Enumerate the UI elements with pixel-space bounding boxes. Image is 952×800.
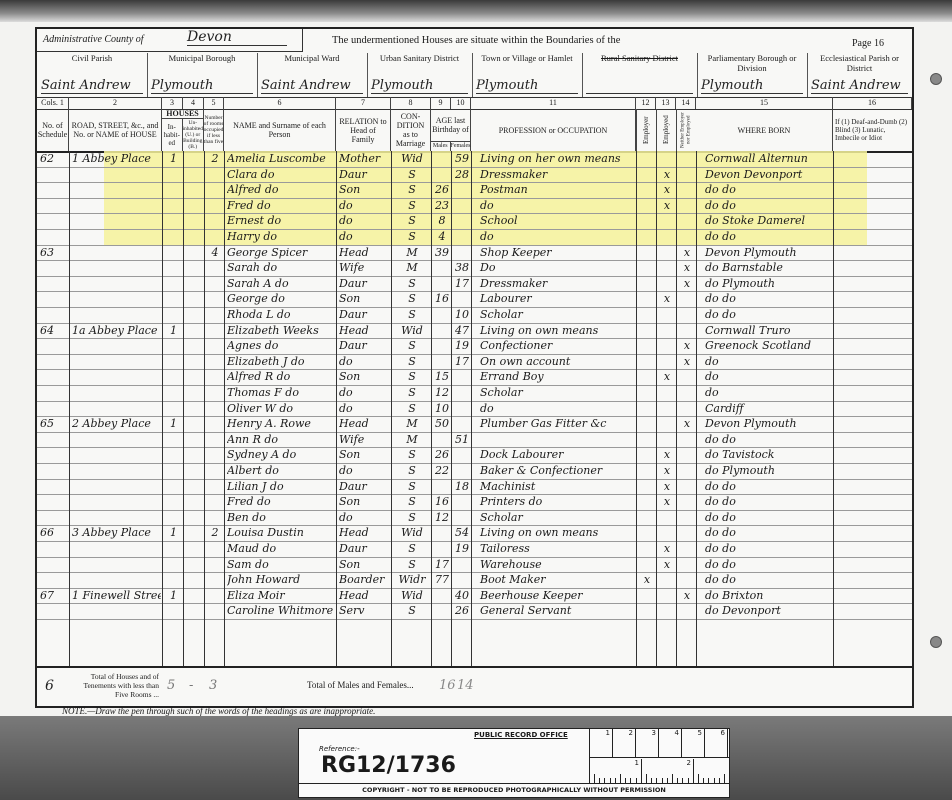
- cell-f: 38: [454, 260, 470, 276]
- cell-neit: x: [679, 260, 695, 276]
- cell-rel: Head: [339, 323, 390, 339]
- cell-neit: [679, 447, 695, 463]
- census-entry-row: Ben dodoS12Scholardo do: [37, 510, 912, 527]
- cell-sched: 65: [40, 416, 68, 432]
- cell-rooms: [207, 479, 223, 495]
- cell-m: 15: [434, 369, 450, 385]
- cell-emp: [639, 369, 655, 385]
- column-number: 7: [336, 97, 391, 109]
- cell-name: Fred do: [227, 494, 335, 510]
- cell-empd: x: [659, 369, 675, 385]
- cell-m: [434, 432, 450, 448]
- census-entry-row: Maud doDaurS19Tailoressxdo do: [37, 541, 912, 558]
- cell-sched: [40, 229, 68, 245]
- town-label: Town or Village or Hamlet: [472, 53, 582, 63]
- cell-emp: [639, 463, 655, 479]
- cell-name: Rhoda L do: [227, 307, 335, 323]
- totals-row: 6 Total of Houses and of Tenements with …: [37, 666, 912, 706]
- cell-empd: x: [659, 463, 675, 479]
- cell-occ: Postman: [474, 182, 641, 198]
- cell-born: do do: [699, 479, 838, 495]
- cell-neit: [679, 510, 695, 526]
- cell-name: Eliza Moir: [227, 588, 335, 604]
- cell-name: George Spicer: [227, 245, 335, 261]
- census-entry-row: 663 Abbey Place12Louisa DustinHeadWid54L…: [37, 525, 912, 542]
- cell-inh: [165, 260, 182, 276]
- cell-born: Devon Plymouth: [699, 416, 838, 432]
- cell-born: do: [699, 369, 838, 385]
- cell-neit: [679, 198, 695, 214]
- cell-inh: [165, 182, 182, 198]
- cell-m: 50: [434, 416, 450, 432]
- cell-rel: Head: [339, 588, 390, 604]
- cell-road: [72, 245, 161, 261]
- cell-rooms: [207, 198, 223, 214]
- col-employed: Employed: [656, 109, 676, 151]
- cell-emp: [639, 229, 655, 245]
- cell-occ: Warehouse: [474, 557, 641, 573]
- cell-f: 54: [454, 525, 470, 541]
- cell-empd: [659, 510, 675, 526]
- cell-m: 10: [434, 401, 450, 417]
- cell-empd: x: [659, 541, 675, 557]
- cell-emp: [639, 525, 655, 541]
- cell-inh: [165, 276, 182, 292]
- cell-neit: [679, 401, 695, 417]
- cell-occ: Plumber Gas Fitter &c: [474, 416, 641, 432]
- cell-occ: Errand Boy: [474, 369, 641, 385]
- civil-parish-value: Saint Andrew: [41, 78, 143, 94]
- reference-code: RG12/1736: [321, 753, 456, 778]
- col-schedule: No. of Schedule: [37, 109, 69, 151]
- scale-tick: [708, 778, 709, 783]
- cell-born: do do: [699, 182, 838, 198]
- cell-road: [72, 432, 161, 448]
- census-entry-row: Elizabeth J dodoS17On own accountxdo: [37, 354, 912, 371]
- cell-emp: [639, 557, 655, 573]
- cell-neit: x: [679, 245, 695, 261]
- cell-rel: Son: [339, 369, 390, 385]
- scale-tick: [636, 778, 637, 783]
- cell-rel: Daur: [339, 479, 390, 495]
- cell-m: 12: [434, 510, 450, 526]
- scale-tick: [641, 778, 642, 783]
- cell-rel: do: [339, 354, 390, 370]
- scale-tick: [615, 778, 616, 783]
- cell-sched: [40, 557, 68, 573]
- cell-empd: [659, 323, 675, 339]
- column-rule: [69, 151, 70, 666]
- cell-emp: [639, 432, 655, 448]
- cell-emp: [639, 323, 655, 339]
- cell-m: 23: [434, 198, 450, 214]
- cell-rooms: [207, 291, 223, 307]
- scale-tick: [594, 774, 595, 783]
- cell-born: Cardiff: [699, 401, 838, 417]
- ecclesiastical-parish: Ecclesiastical Parish or DistrictSaint A…: [807, 53, 912, 97]
- cell-f: [454, 557, 470, 573]
- civil-parish: Civil ParishSaint Andrew: [37, 53, 148, 97]
- scale-tick: [719, 778, 720, 783]
- cell-inh: [165, 432, 182, 448]
- cell-born: do do: [699, 557, 838, 573]
- scale-tick: [667, 778, 668, 783]
- cell-empd: [659, 525, 675, 541]
- cell-rooms: [207, 541, 223, 557]
- column-rule: [696, 151, 697, 666]
- cell-name: Elizabeth Weeks: [227, 323, 335, 339]
- cell-m: 22: [434, 463, 450, 479]
- cell-born: do: [699, 385, 838, 401]
- cell-sched: [40, 401, 68, 417]
- cell-name: Louisa Dustin: [227, 525, 335, 541]
- cell-occ: On own account: [474, 354, 641, 370]
- cell-rel: Son: [339, 557, 390, 573]
- scale-tick: [714, 778, 715, 783]
- cell-neit: [679, 151, 695, 167]
- municipal-ward-label: Municipal Ward: [257, 53, 367, 63]
- cell-rel: do: [339, 385, 390, 401]
- cell-road: [72, 198, 161, 214]
- cell-f: [454, 494, 470, 510]
- cell-neit: [679, 494, 695, 510]
- scale-mark: 2: [642, 759, 694, 783]
- cell-name: Alfred do: [227, 182, 335, 198]
- col-males: Males: [431, 142, 451, 151]
- column-number: 8: [391, 97, 431, 109]
- cell-road: [72, 307, 161, 323]
- houses-label: HOUSES: [162, 109, 203, 119]
- cell-neit: [679, 432, 695, 448]
- municipal-ward-value: Saint Andrew: [261, 78, 363, 94]
- cell-cond: S: [394, 557, 430, 573]
- cell-rooms: [207, 182, 223, 198]
- cell-cond: S: [394, 385, 430, 401]
- cell-road: 3 Abbey Place: [72, 525, 161, 541]
- cell-neit: [679, 307, 695, 323]
- cell-rooms: [207, 557, 223, 573]
- cell-occ: Tailoress: [474, 541, 641, 557]
- column-rule: [336, 151, 337, 666]
- cell-road: [72, 338, 161, 354]
- cell-neit: [679, 291, 695, 307]
- cell-neit: [679, 213, 695, 229]
- cell-neit: x: [679, 416, 695, 432]
- census-entry-row: Lilian J doDaurS18Machinistxdo do: [37, 479, 912, 496]
- cell-born: do do: [699, 307, 838, 323]
- cell-emp: [639, 401, 655, 417]
- age-label: AGE last Birthday of: [431, 109, 470, 141]
- cell-road: [72, 572, 161, 588]
- cell-born: do do: [699, 510, 838, 526]
- cell-empd: [659, 151, 675, 167]
- cell-f: [454, 245, 470, 261]
- cell-name: Ernest do: [227, 213, 335, 229]
- col-where-born: WHERE BORN: [696, 109, 833, 151]
- cell-occ: Shop Keeper: [474, 245, 641, 261]
- cell-cond: S: [394, 463, 430, 479]
- cell-rooms: [207, 260, 223, 276]
- cell-rooms: [207, 588, 223, 604]
- cell-rooms: [207, 401, 223, 417]
- record-office: PUBLIC RECORD OFFICE: [474, 731, 568, 739]
- cell-emp: [639, 198, 655, 214]
- scale-tick: [646, 774, 647, 783]
- cell-born: do Tavistock: [699, 447, 838, 463]
- cell-f: 17: [454, 276, 470, 292]
- reference-label: PUBLIC RECORD OFFICE Reference:- RG12/17…: [298, 728, 730, 798]
- urban-sanitary-label: Urban Sanitary District: [367, 53, 472, 63]
- town-value: Plymouth: [476, 78, 578, 94]
- column-rule: [656, 151, 657, 666]
- census-entry-row: 652 Abbey Place1Henry A. RoweHeadM50Plum…: [37, 416, 912, 433]
- cell-m: [434, 479, 450, 495]
- cell-f: 10: [454, 307, 470, 323]
- cell-born: Cornwall Truro: [699, 323, 838, 339]
- column-number: 12: [636, 97, 656, 109]
- cell-m: 17: [434, 557, 450, 573]
- cell-rooms: [207, 494, 223, 510]
- town: Town or Village or HamletPlymouth: [472, 53, 583, 97]
- parliamentary-borough: Parliamentary Borough or DivisionPlymout…: [697, 53, 808, 97]
- municipal-ward: Municipal WardSaint Andrew: [257, 53, 368, 97]
- cell-empd: [659, 229, 675, 245]
- ecclesiastical-parish-value: Saint Andrew: [811, 78, 908, 94]
- census-entry-row: 641a Abbey Place1Elizabeth WeeksHeadWid4…: [37, 323, 912, 340]
- scale-mark: 3: [636, 729, 659, 757]
- cell-sched: 67: [40, 588, 68, 604]
- cell-name: George do: [227, 291, 335, 307]
- cell-neit: [679, 323, 695, 339]
- cell-born: do do: [699, 198, 838, 214]
- cell-m: 26: [434, 182, 450, 198]
- cell-m: 39: [434, 245, 450, 261]
- census-entry-row: Caroline WhitmoreServS26General Servantd…: [37, 603, 912, 620]
- cell-empd: x: [659, 182, 675, 198]
- cell-f: 19: [454, 338, 470, 354]
- punch-hole-bottom: [930, 636, 942, 648]
- cell-m: [434, 541, 450, 557]
- col-inhabited: In-habit-ed: [162, 119, 183, 151]
- cell-rel: Son: [339, 291, 390, 307]
- census-entry-row: Thomas F dodoS12Scholardo: [37, 385, 912, 402]
- cell-occ: Scholar: [474, 307, 641, 323]
- cell-inh: 1: [165, 416, 182, 432]
- cell-m: [434, 603, 450, 619]
- cell-road: [72, 167, 161, 183]
- column-rule: [833, 151, 834, 666]
- cell-f: [454, 291, 470, 307]
- cell-name: Ann R do: [227, 432, 335, 448]
- cell-neit: [679, 525, 695, 541]
- total-males: 16: [439, 678, 456, 693]
- census-entry-row: Alfred R doSonS15Errand Boyxdo: [37, 369, 912, 386]
- cell-rel: Son: [339, 447, 390, 463]
- cell-m: 26: [434, 447, 450, 463]
- cell-born: do do: [699, 494, 838, 510]
- county-header: Administrative County of Devon The under…: [37, 29, 912, 53]
- cell-m: 4: [434, 229, 450, 245]
- cell-road: [72, 494, 161, 510]
- cell-cond: S: [394, 541, 430, 557]
- total-inhabited: 5: [167, 678, 175, 693]
- column-rule: [431, 151, 432, 666]
- cell-inh: [165, 198, 182, 214]
- col-infirmity: If (1) Deaf-and-Dumb (2) Blind (3) Lunat…: [833, 109, 912, 151]
- cell-name: Ben do: [227, 510, 335, 526]
- cell-m: 12: [434, 385, 450, 401]
- cell-cond: S: [394, 229, 430, 245]
- cell-m: [434, 323, 450, 339]
- cell-inh: 1: [165, 525, 182, 541]
- cell-empd: x: [659, 198, 675, 214]
- column-rule: [676, 151, 677, 666]
- cell-name: Amelia Luscombe: [227, 151, 335, 167]
- punch-hole-top: [930, 73, 942, 85]
- cell-road: [72, 463, 161, 479]
- cell-neit: [679, 369, 695, 385]
- cell-empd: [659, 432, 675, 448]
- cell-name: Sam do: [227, 557, 335, 573]
- cell-cond: M: [394, 260, 430, 276]
- cell-sched: [40, 369, 68, 385]
- cell-cond: S: [394, 479, 430, 495]
- cell-empd: [659, 354, 675, 370]
- cell-born: Devon Devonport: [699, 167, 838, 183]
- column-rule: [636, 151, 637, 666]
- cell-inh: [165, 385, 182, 401]
- cell-road: [72, 229, 161, 245]
- cell-name: Sydney A do: [227, 447, 335, 463]
- cell-m: 8: [434, 213, 450, 229]
- census-entry-row: George doSonS16Labourerxdo do: [37, 291, 912, 308]
- cell-rooms: [207, 229, 223, 245]
- column-number: 10: [451, 97, 471, 109]
- cell-born: do Devonport: [699, 603, 838, 619]
- column-rule: [391, 151, 392, 666]
- cell-sched: [40, 338, 68, 354]
- cell-cond: S: [394, 167, 430, 183]
- cell-rel: Daur: [339, 167, 390, 183]
- census-entry-row: Ann R doWifeM51do do: [37, 432, 912, 449]
- column-headings: No. of Schedule ROAD, STREET, &c., and N…: [37, 109, 912, 153]
- cell-rooms: [207, 323, 223, 339]
- cell-sched: [40, 494, 68, 510]
- cell-name: Elizabeth J do: [227, 354, 335, 370]
- cell-name: Fred do: [227, 198, 335, 214]
- cell-rooms: 2: [207, 525, 223, 541]
- cell-f: 26: [454, 603, 470, 619]
- cell-sched: [40, 572, 68, 588]
- cell-empd: x: [659, 479, 675, 495]
- cell-rel: Son: [339, 182, 390, 198]
- cell-inh: [165, 494, 182, 510]
- cell-emp: [639, 479, 655, 495]
- col-employer: Employer: [636, 109, 656, 151]
- cell-emp: [639, 338, 655, 354]
- cell-name: Clara do: [227, 167, 335, 183]
- cell-cond: S: [394, 338, 430, 354]
- cell-name: Albert do: [227, 463, 335, 479]
- cell-cond: M: [394, 245, 430, 261]
- cell-emp: [639, 213, 655, 229]
- cell-inh: [165, 338, 182, 354]
- cell-road: [72, 385, 161, 401]
- cell-occ: [474, 432, 641, 448]
- census-entry-row: Harry dodoS4dodo do: [37, 229, 912, 246]
- cell-road: [72, 401, 161, 417]
- cell-inh: 1: [165, 151, 182, 167]
- cell-cond: S: [394, 213, 430, 229]
- cell-name: Sarah A do: [227, 276, 335, 292]
- cell-f: [454, 213, 470, 229]
- scale-mark: 5: [682, 729, 705, 757]
- census-entry-row: Fred dodoS23doxdo do: [37, 198, 912, 215]
- scale-tick: [651, 778, 652, 783]
- cell-born: do Plymouth: [699, 463, 838, 479]
- scale-tick: [610, 778, 611, 783]
- cell-cond: S: [394, 276, 430, 292]
- rural-sanitary-label: Rural Sanitary District: [582, 53, 697, 63]
- column-rule: [224, 151, 225, 666]
- cell-m: [434, 167, 450, 183]
- cell-empd: [659, 401, 675, 417]
- cell-rel: do: [339, 510, 390, 526]
- col-name: NAME and Surname of each Person: [224, 109, 336, 151]
- cell-empd: [659, 603, 675, 619]
- column-number: 13: [656, 97, 676, 109]
- cell-sched: [40, 541, 68, 557]
- cell-inh: [165, 510, 182, 526]
- persons-total-label: Total of Males and Females...: [307, 680, 414, 690]
- cell-cond: S: [394, 198, 430, 214]
- cell-emp: [639, 416, 655, 432]
- census-entry-row: 621 Abbey Place12Amelia LuscombeMotherWi…: [37, 151, 912, 168]
- cell-name: Maud do: [227, 541, 335, 557]
- cell-f: 59: [454, 151, 470, 167]
- cell-sched: [40, 603, 68, 619]
- scale-tick: [625, 778, 626, 783]
- cell-rel: do: [339, 213, 390, 229]
- cell-rooms: 2: [207, 151, 223, 167]
- scale-mark: 6: [705, 729, 728, 757]
- cell-neit: x: [679, 338, 695, 354]
- cell-emp: [639, 260, 655, 276]
- cell-sched: 62: [40, 151, 68, 167]
- cell-inh: [165, 245, 182, 261]
- cell-f: [454, 385, 470, 401]
- cell-occ: do: [474, 229, 641, 245]
- cell-sched: [40, 354, 68, 370]
- cell-rel: Boarder: [339, 572, 390, 588]
- cell-emp: [639, 603, 655, 619]
- cell-empd: [659, 260, 675, 276]
- cell-born: Greenock Scotland: [699, 338, 838, 354]
- census-entry-row: 634George SpicerHeadM39Shop KeeperxDevon…: [37, 245, 912, 262]
- cell-sched: [40, 291, 68, 307]
- cell-sched: [40, 510, 68, 526]
- column-number: 3: [162, 97, 183, 109]
- col-neither: Neither Employer nor Employed: [676, 109, 696, 151]
- scale-tick: [724, 774, 725, 783]
- cell-road: [72, 541, 161, 557]
- cell-rooms: [207, 338, 223, 354]
- cell-road: [72, 369, 161, 385]
- col-occupation: PROFESSION or OCCUPATION: [471, 109, 636, 151]
- cell-rel: Head: [339, 245, 390, 261]
- cell-born: do do: [699, 572, 838, 588]
- cell-occ: do: [474, 401, 641, 417]
